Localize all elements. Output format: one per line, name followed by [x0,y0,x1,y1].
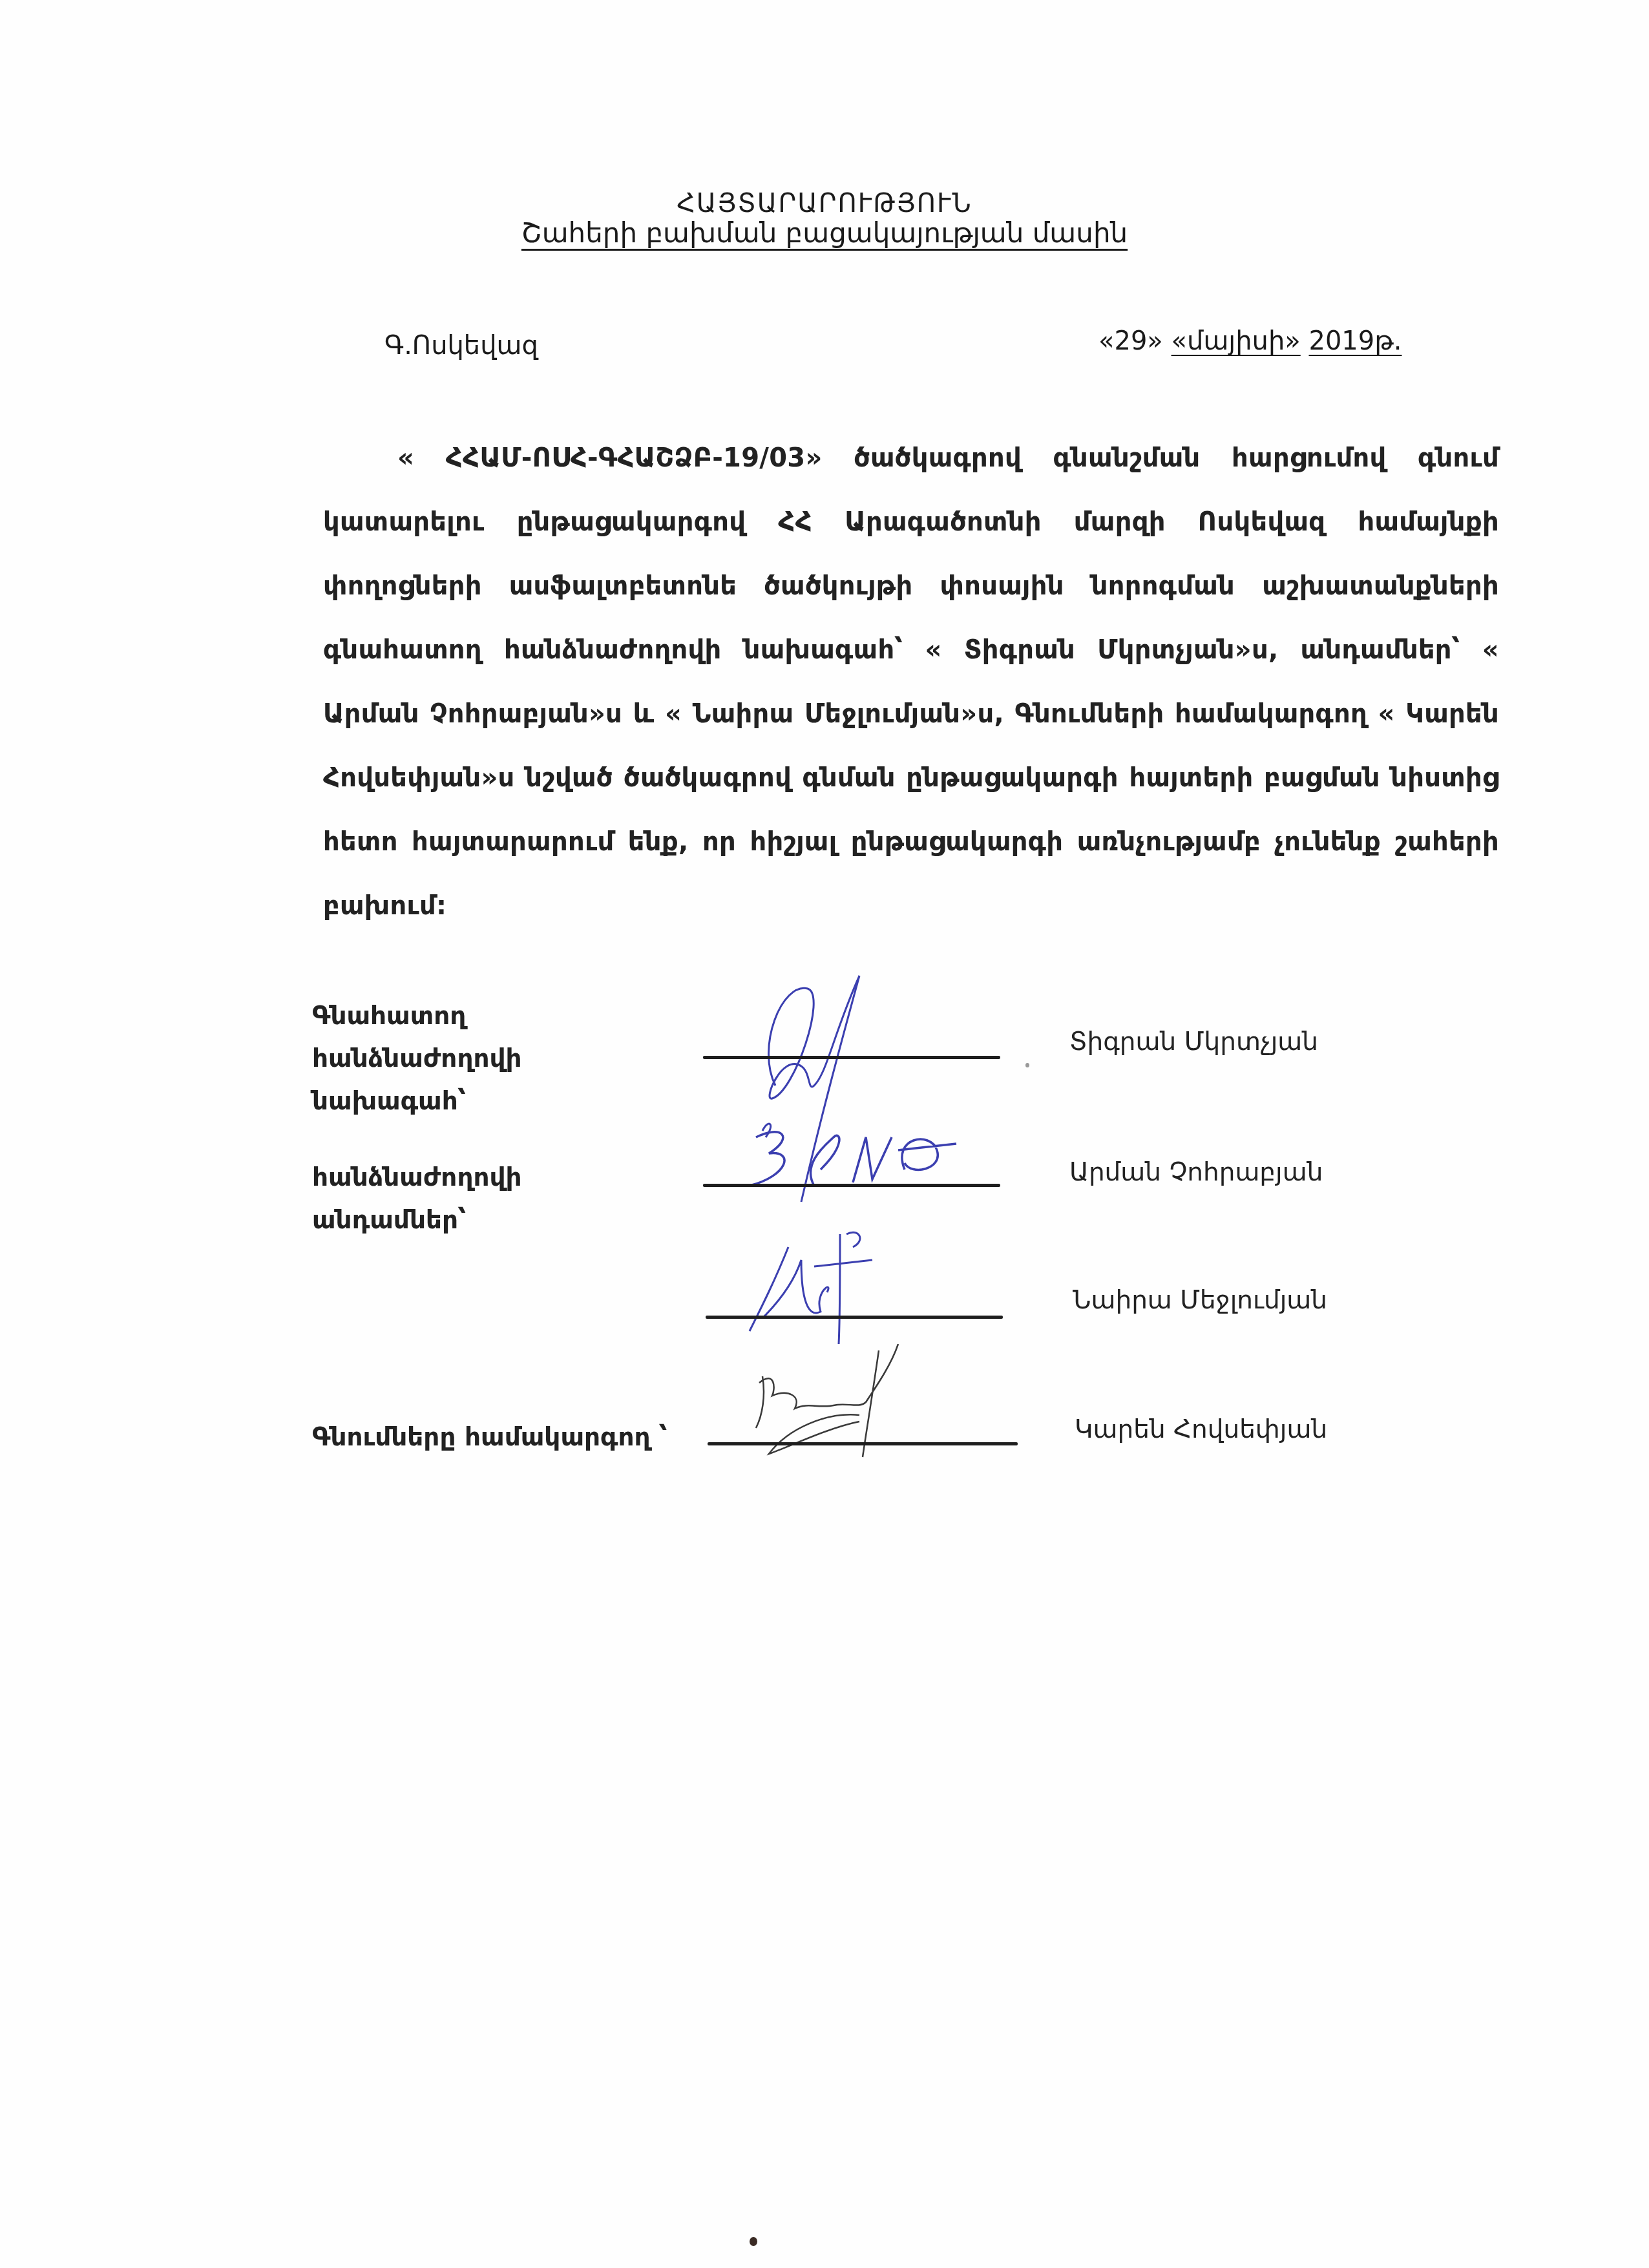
role-line: Գնումները համակարգող ՝ [312,1416,667,1459]
date-day: «29» [1098,326,1163,356]
document-title: ՀԱՅՏԱՐԱՐՈՒԹՅՈՒՆ [0,189,1649,218]
role-line: Գնահատող [312,995,522,1038]
signatory-role-members: հանձնաժողովի անդամներ՝ [312,1157,522,1242]
signatory-name: Նաիրա Մեջլումյան [1073,1286,1327,1315]
place-of-signing: Գ.Ոսկեվազ [384,331,538,361]
document-date: «29» «մայիսի» 2019թ. [1098,326,1402,356]
date-month: «մայիսի» [1171,326,1301,356]
declaration-body: « ՀՀԱՄ-ՈՍՀ-ԳՀԱՇՁԲ-19/03» ծածկագրով գնանշ… [323,426,1499,938]
document-subtitle: Շահերի բախման բացակայության մասին [0,217,1649,249]
date-year: 2019թ. [1308,326,1402,356]
signature-line [706,1316,1003,1319]
signatory-role-coordinator: Գնումները համակարգող ՝ [312,1416,667,1459]
subtitle-text: Շահերի բախման բացակայության մասին [521,217,1128,249]
role-line: հանձնաժողովի [312,1038,522,1080]
role-line: հանձնաժողովի [312,1157,522,1199]
signatory-name: Տիգրան Մկրտչյան [1069,1027,1318,1056]
signature-karen [750,1344,956,1473]
signatory-name: Կարեն Հովսեփյան [1075,1415,1327,1444]
scan-speck [750,2237,757,2246]
scan-speck [1025,1063,1029,1067]
role-line: անդամներ՝ [312,1199,522,1242]
signature-naira [737,1221,905,1344]
signature-tigran [737,969,943,1241]
signatory-role-chair: Գնահատող հանձնաժողովի նախագահ՝ [312,995,522,1123]
signature-line [703,1184,1000,1187]
role-line: նախագահ՝ [312,1080,522,1123]
signature-line [708,1442,1018,1445]
signatory-name: Արման Չոհրաբյան [1069,1158,1323,1187]
scanned-page: ՀԱՅՏԱՐԱՐՈՒԹՅՈՒՆ Շահերի բախման բացակայութ… [0,0,1649,2268]
signature-line [703,1056,1000,1059]
